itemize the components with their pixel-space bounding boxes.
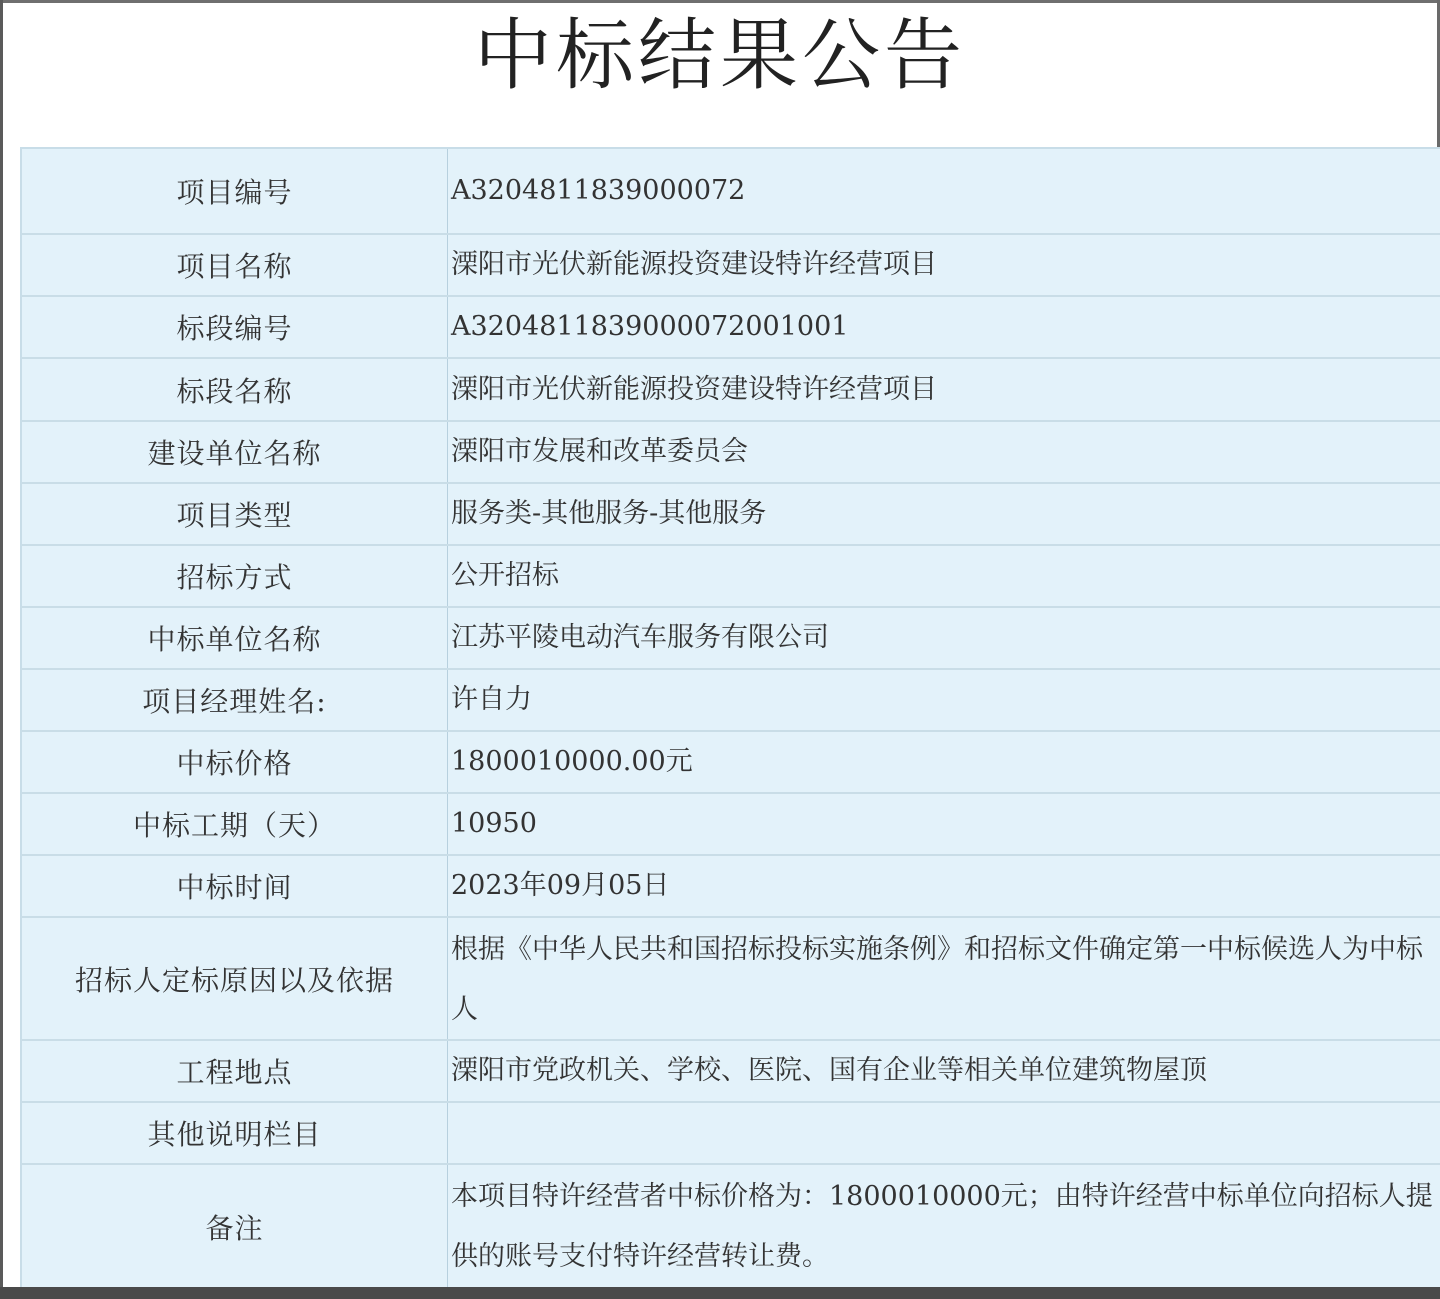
page-title: 中标结果公告 <box>0 8 1440 104</box>
frame-left-border <box>0 0 3 1299</box>
row-value: 溧阳市光伏新能源投资建设特许经营项目 <box>448 235 1440 295</box>
table-row-award-date: 中标时间 2023年09月05日 <box>22 856 1440 918</box>
row-label: 标段名称 <box>22 359 448 420</box>
table-row-project-type: 项目类型 服务类-其他服务-其他服务 <box>22 484 1440 546</box>
row-value: 2023年09月05日 <box>448 856 1440 916</box>
table-row-remarks: 备注 本项目特许经营者中标价格为：1800010000元；由特许经营中标单位向招… <box>22 1165 1440 1289</box>
row-label: 中标工期（天） <box>22 794 448 854</box>
bid-result-table: 项目编号 A3204811839000072 项目名称 溧阳市光伏新能源投资建设… <box>20 147 1440 1289</box>
row-value: 本项目特许经营者中标价格为：1800010000元；由特许经营中标单位向招标人提… <box>448 1165 1440 1289</box>
row-value: 10950 <box>448 794 1440 854</box>
table-row-bidding-method: 招标方式 公开招标 <box>22 546 1440 608</box>
row-label: 中标价格 <box>22 732 448 792</box>
row-value: 溧阳市发展和改革委员会 <box>448 422 1440 482</box>
row-label: 标段编号 <box>22 297 448 357</box>
table-row-project-number: 项目编号 A3204811839000072 <box>22 149 1440 235</box>
table-row-winning-price: 中标价格 1800010000.00元 <box>22 732 1440 794</box>
row-label: 备注 <box>22 1165 448 1289</box>
row-value: 溧阳市党政机关、学校、医院、国有企业等相关单位建筑物屋顶 <box>448 1041 1440 1101</box>
table-row-project-name: 项目名称 溧阳市光伏新能源投资建设特许经营项目 <box>22 235 1440 297</box>
row-value: 江苏平陵电动汽车服务有限公司 <box>448 608 1440 668</box>
row-value: A3204811839000072 <box>448 149 1440 233</box>
row-value <box>448 1103 1440 1163</box>
row-label: 中标时间 <box>22 856 448 916</box>
table-row-section-name: 标段名称 溧阳市光伏新能源投资建设特许经营项目 <box>22 359 1440 422</box>
table-row-project-manager: 项目经理姓名: 许自力 <box>22 670 1440 732</box>
table-row-duration-days: 中标工期（天） 10950 <box>22 794 1440 856</box>
row-label: 项目编号 <box>22 149 448 233</box>
row-label: 中标单位名称 <box>22 608 448 668</box>
row-value: 1800010000.00元 <box>448 732 1440 792</box>
row-label: 项目名称 <box>22 235 448 295</box>
frame-bottom-border <box>0 1287 1440 1299</box>
row-label: 项目类型 <box>22 484 448 544</box>
frame-top-border <box>0 0 1440 3</box>
table-row-construction-unit: 建设单位名称 溧阳市发展和改革委员会 <box>22 422 1440 484</box>
row-value: 根据《中华人民共和国招标投标实施条例》和招标文件确定第一中标候选人为中标人 <box>448 918 1440 1039</box>
table-row-project-location: 工程地点 溧阳市党政机关、学校、医院、国有企业等相关单位建筑物屋顶 <box>22 1041 1440 1103</box>
row-value: 溧阳市光伏新能源投资建设特许经营项目 <box>448 359 1440 420</box>
row-label: 招标方式 <box>22 546 448 606</box>
row-label: 工程地点 <box>22 1041 448 1101</box>
table-row-other-notes: 其他说明栏目 <box>22 1103 1440 1165</box>
row-label: 建设单位名称 <box>22 422 448 482</box>
row-label: 其他说明栏目 <box>22 1103 448 1163</box>
row-value: 公开招标 <box>448 546 1440 606</box>
table-row-winning-bidder: 中标单位名称 江苏平陵电动汽车服务有限公司 <box>22 608 1440 670</box>
row-label: 招标人定标原因以及依据 <box>22 918 448 1039</box>
row-value: 许自力 <box>448 670 1440 730</box>
table-row-award-basis: 招标人定标原因以及依据 根据《中华人民共和国招标投标实施条例》和招标文件确定第一… <box>22 918 1440 1041</box>
row-value: 服务类-其他服务-其他服务 <box>448 484 1440 544</box>
row-label: 项目经理姓名: <box>22 670 448 730</box>
row-value: A3204811839000072001001 <box>448 297 1440 357</box>
table-row-section-number: 标段编号 A3204811839000072001001 <box>22 297 1440 359</box>
